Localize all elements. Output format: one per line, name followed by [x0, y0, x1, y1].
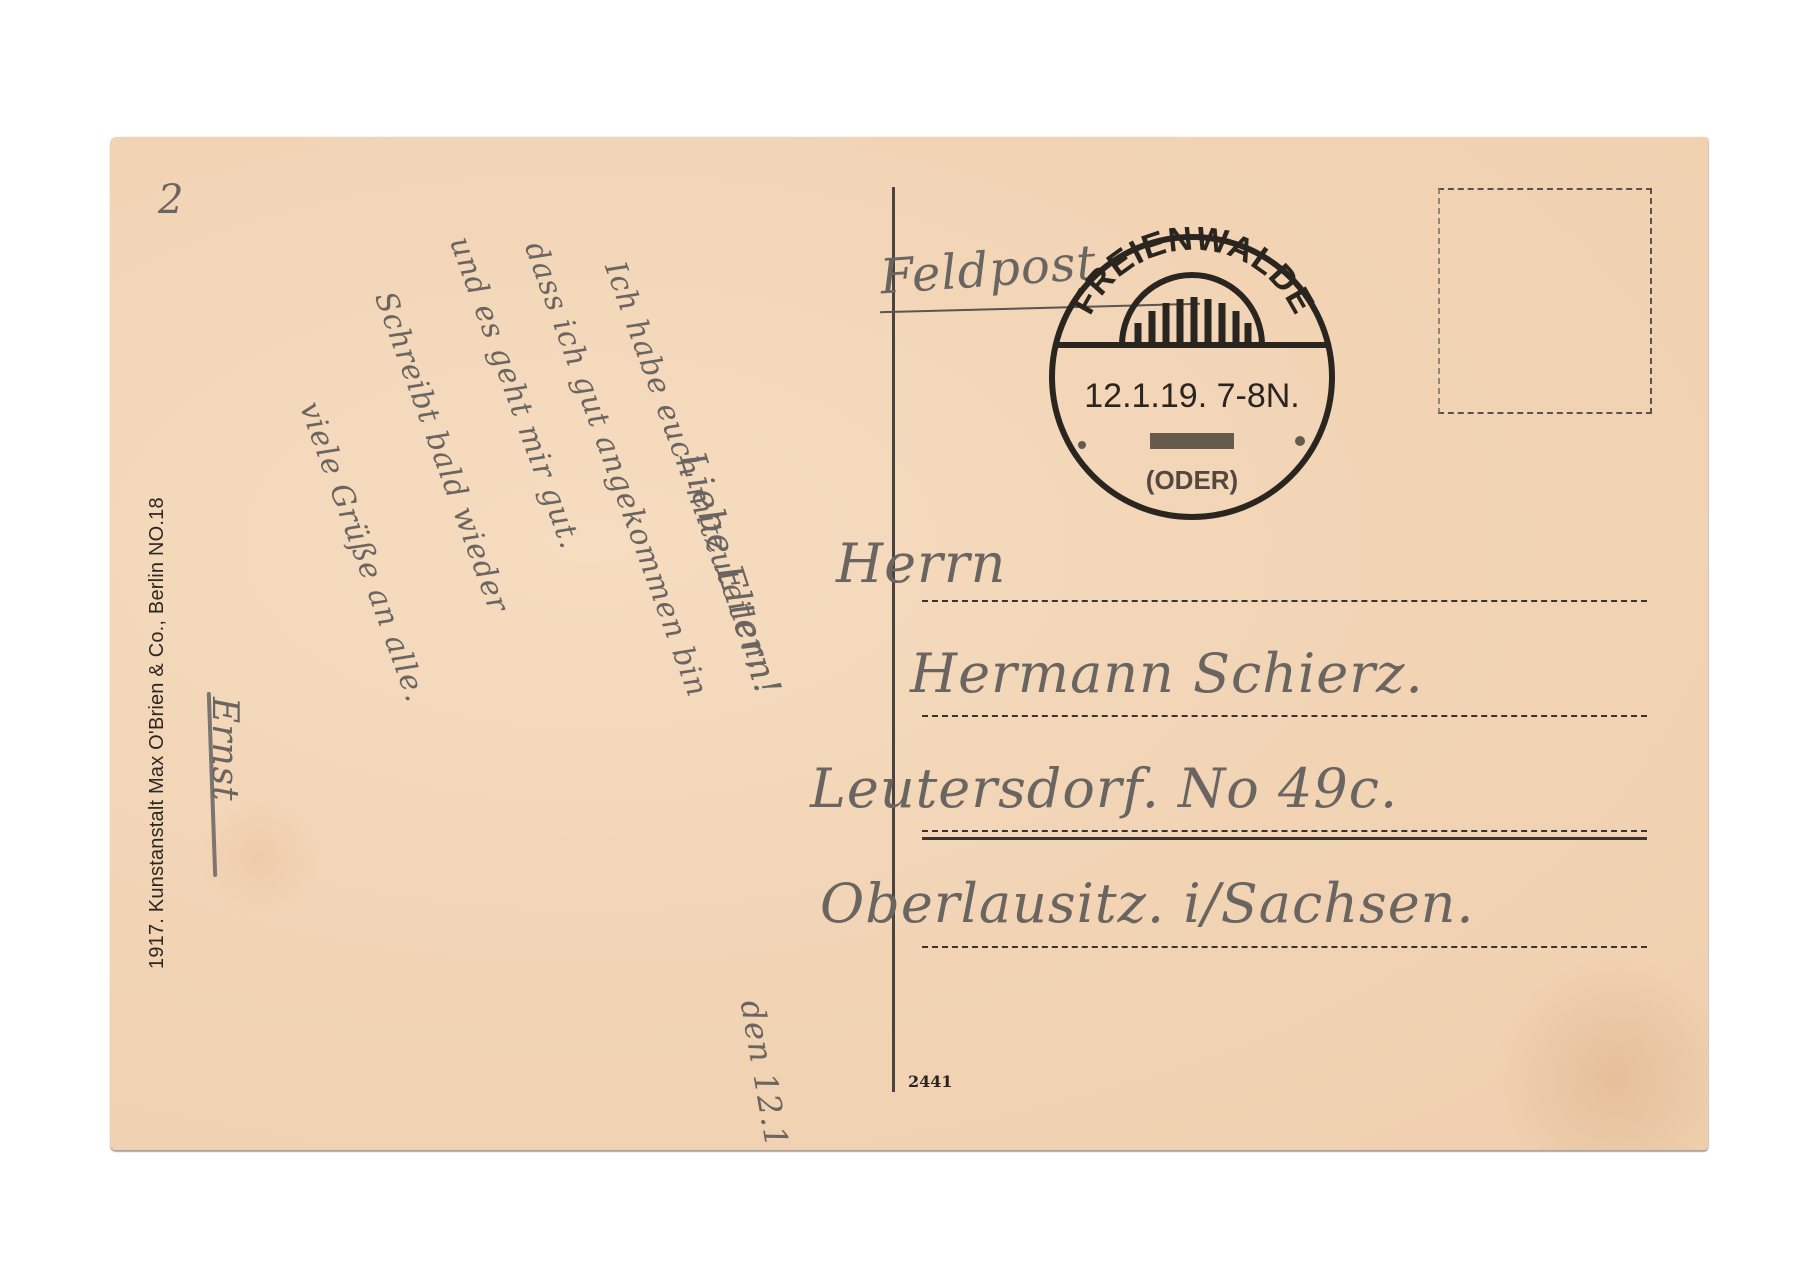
- printer-number: 2441: [908, 1072, 953, 1091]
- stamp-box: [1438, 188, 1652, 414]
- address-region: Oberlausitz. i/Sachsen.: [820, 872, 1475, 935]
- address-line-3-underline: [922, 837, 1647, 840]
- address-town: Leutersdorf. No 49c.: [810, 757, 1398, 820]
- postmark: FREIENWALDE 12.1.19. 7-8N. (ODER): [1042, 227, 1342, 527]
- center-divider: [892, 187, 895, 1092]
- address-line-4: [922, 946, 1647, 948]
- postcard: 1917. Kunstanstalt Max O'Brien & Co., Be…: [110, 137, 1708, 1150]
- postmark-datetime: 12.1.19. 7-8N.: [1084, 377, 1299, 415]
- message-line: viele Grüße an alle.: [292, 397, 433, 707]
- address-salutation: Herrn: [836, 532, 1006, 595]
- postmark-icon: FREIENWALDE 12.1.19. 7-8N. (ODER): [1042, 227, 1342, 527]
- publisher-imprint: 1917. Kunstanstalt Max O'Brien & Co., Be…: [146, 497, 169, 969]
- address-name: Hermann Schierz.: [910, 642, 1424, 705]
- message-signature: Ernst: [204, 697, 245, 802]
- address-line-1: [922, 600, 1647, 602]
- address-line-3: [922, 830, 1647, 832]
- corner-number-mark: 2: [158, 177, 184, 223]
- address-line-2: [922, 715, 1647, 717]
- message-date: den 12.1.1919: [733, 997, 813, 1150]
- postmark-lower: (ODER): [1146, 465, 1238, 495]
